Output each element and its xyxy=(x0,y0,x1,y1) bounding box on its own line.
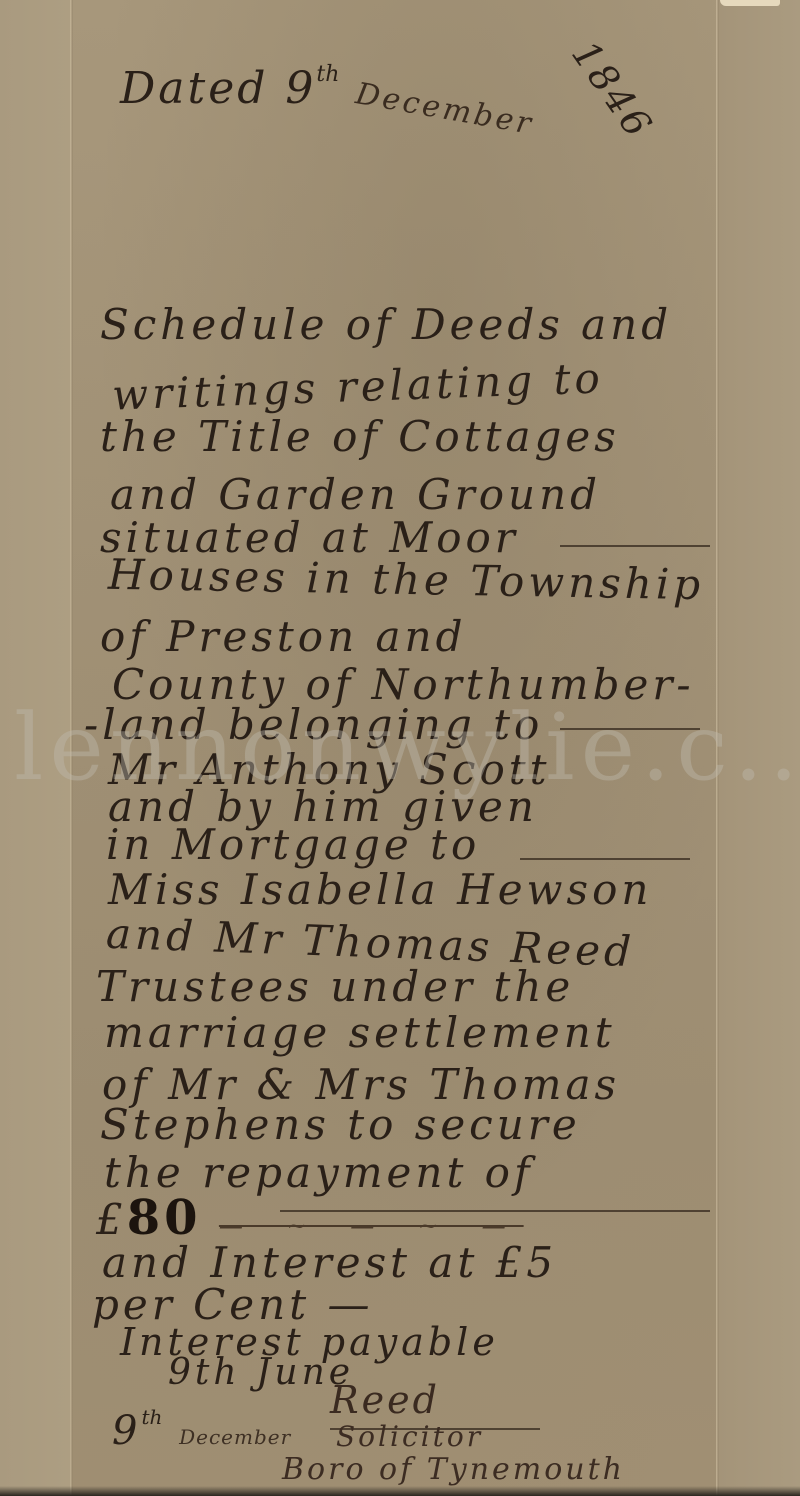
text-line: marriage settlement xyxy=(104,1008,616,1057)
footer-date: 9th December xyxy=(112,1405,291,1454)
document-date: Dated 9th December 1846 xyxy=(120,62,666,114)
text-line: Schedule of Deeds and xyxy=(100,300,672,349)
text-line: the Title of Cottages xyxy=(100,412,620,461)
date-month: December xyxy=(353,76,536,142)
text-line: Trustees under the xyxy=(96,962,574,1011)
date-day: 9 xyxy=(285,63,316,114)
signature-name: Reed xyxy=(330,1378,440,1422)
footer-date-month: December xyxy=(179,1425,291,1449)
footer-date-day: 9 xyxy=(112,1408,141,1454)
signature-title: Solicitor xyxy=(336,1420,483,1453)
line-filler-stroke xyxy=(520,858,690,860)
watermark: lennonwylie.c... xyxy=(14,694,800,801)
text-line: writings relating to xyxy=(111,353,604,419)
amount-filler-stroke xyxy=(280,1210,710,1212)
footer-date-suffix: th xyxy=(141,1405,162,1429)
currency-symbol: £ xyxy=(96,1195,127,1244)
text-line: of Preston and xyxy=(100,612,466,661)
text-line: Stephens to secure xyxy=(100,1100,581,1149)
page-bottom-edge xyxy=(0,1486,800,1496)
date-day-suffix: th xyxy=(316,62,339,87)
text-line: Houses in the Township xyxy=(108,550,705,609)
signature-place: Boro of Tynemouth xyxy=(282,1452,625,1487)
date-label: Dated xyxy=(120,63,268,114)
torn-corner xyxy=(720,0,780,6)
text-line: Miss Isabella Hewson xyxy=(108,865,652,914)
document-page: Dated 9th December 1846 Schedule of Deed… xyxy=(0,0,800,1496)
text-line: in Mortgage to xyxy=(106,820,480,869)
text-line: and Garden Ground xyxy=(110,470,601,519)
amount-filler: — ~ — ~ — xyxy=(219,1212,524,1240)
line-filler-stroke xyxy=(560,545,710,547)
text-line: 9th June xyxy=(168,1352,354,1393)
date-year: 1846 xyxy=(563,33,661,147)
